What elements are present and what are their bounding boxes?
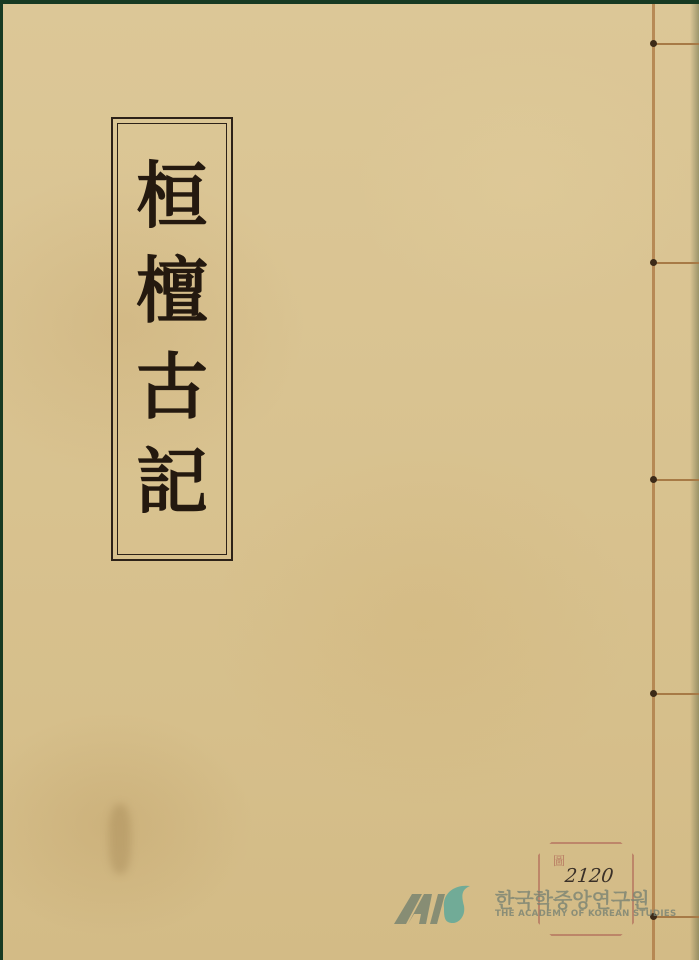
- spine-edge: [690, 4, 699, 960]
- binding-hole: [650, 40, 657, 47]
- binding-stitch: [652, 43, 699, 45]
- book-cover: [3, 4, 699, 960]
- binding-hole: [650, 690, 657, 697]
- binding-hole: [650, 476, 657, 483]
- watermark-english: THE ACADEMY OF KOREAN STUDIES: [495, 909, 677, 919]
- binding-stitch: [652, 693, 699, 695]
- paper-stain: [109, 804, 131, 874]
- title-char: 桓: [136, 160, 208, 232]
- stamp-mark: 圖: [553, 852, 565, 869]
- title-label: 桓 檀 古 記: [111, 117, 233, 561]
- title-char: 檀: [136, 255, 208, 327]
- binding-stitch: [652, 479, 699, 481]
- aks-logo-icon: [392, 880, 472, 928]
- title-char: 古: [136, 351, 208, 423]
- aks-watermark: 한국학중앙연구원 THE ACADEMY OF KOREAN STUDIES: [392, 880, 652, 930]
- title-label-inner-border: 桓 檀 古 記: [117, 123, 227, 555]
- title-char: 記: [136, 446, 208, 518]
- binding-stitch: [652, 262, 699, 264]
- binding-hole: [650, 259, 657, 266]
